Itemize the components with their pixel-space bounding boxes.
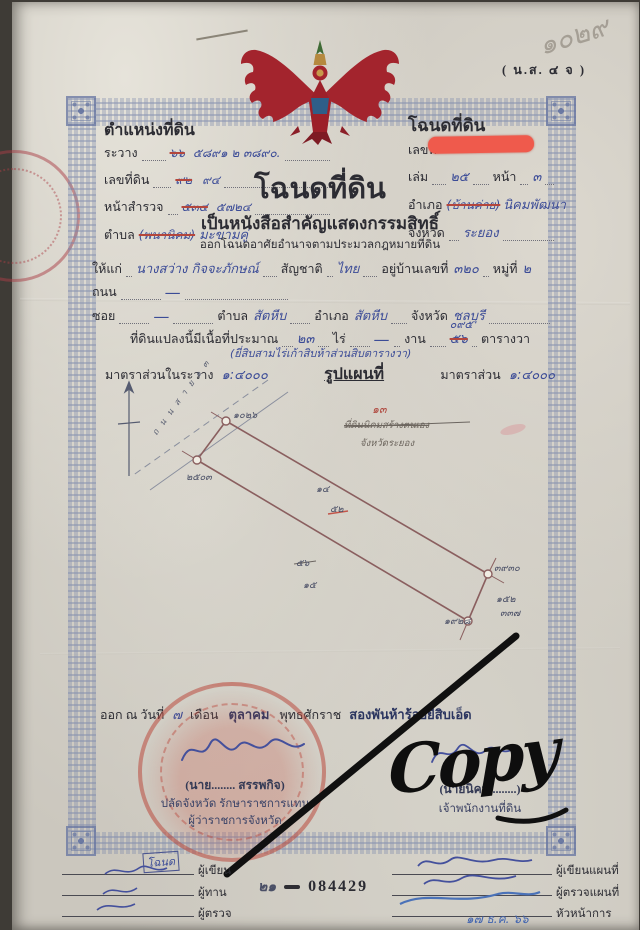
- footer-right-signatures: [398, 852, 568, 912]
- land-deed-document: ๑๐๒๙ ( น.ส. ๔ จ ) ตำแหน่งที่ดิน ระวาง ๖๖: [0, 0, 640, 930]
- inspector-label: ผู้ตรวจ: [198, 905, 232, 923]
- checker-label: ผู้ทาน: [198, 884, 227, 902]
- footer-left-signatures: [95, 862, 185, 914]
- footer-date-note: ๑๗ ธ.ค. ๖๖: [466, 910, 528, 929]
- serial-dash: [284, 885, 300, 889]
- footer-rule: [62, 916, 194, 917]
- serial-number: 084429: [308, 878, 368, 896]
- writer-label: ผู้เขียน: [198, 862, 231, 880]
- serial-prefix: ๒๑: [258, 876, 276, 898]
